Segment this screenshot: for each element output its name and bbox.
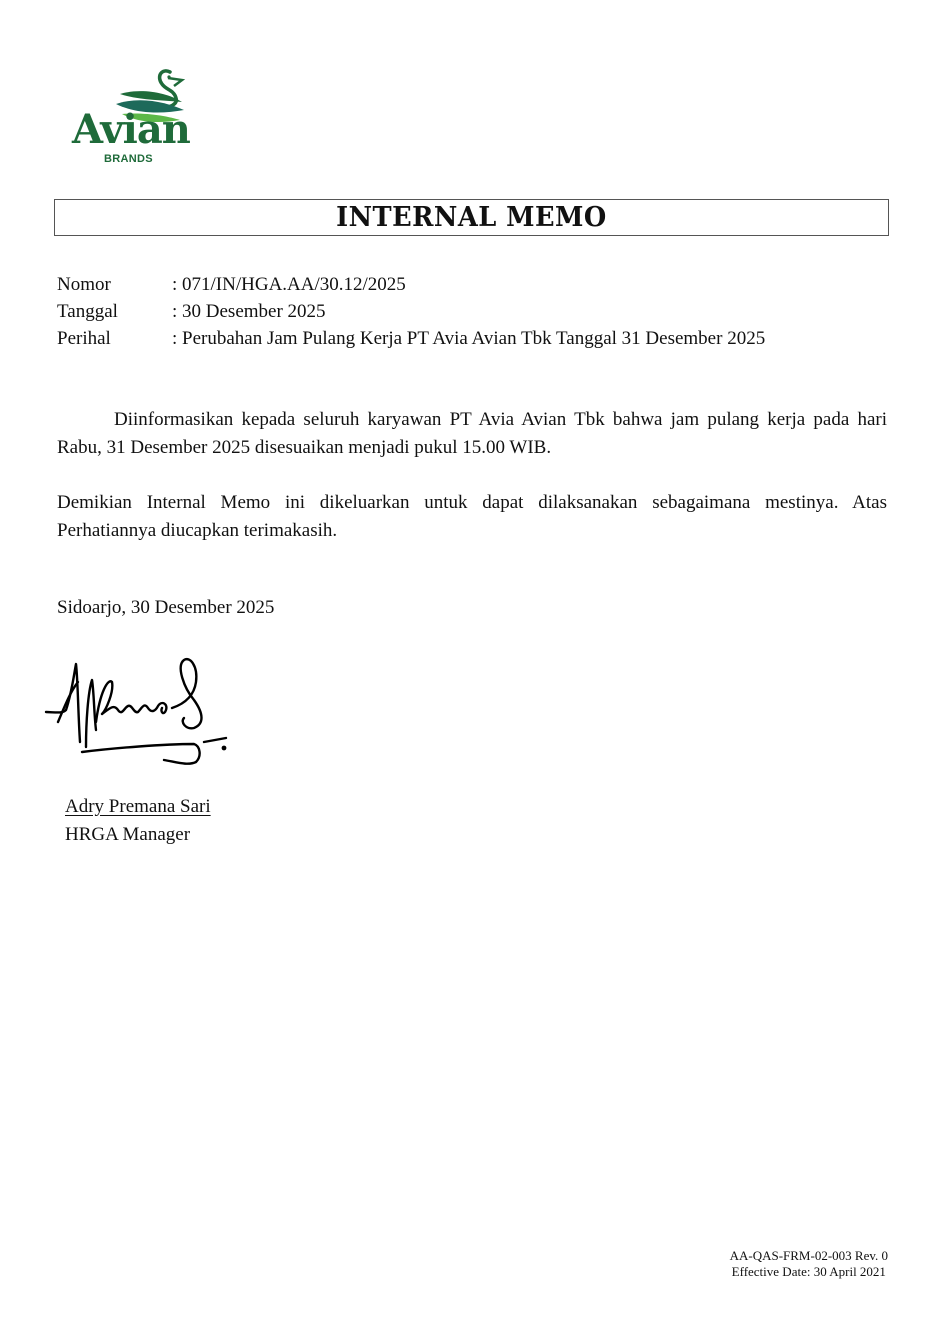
meta-row-tanggal: Tanggal : 30 Desember 2025 — [57, 298, 765, 325]
memo-meta: Nomor : 071/IN/HGA.AA/30.12/2025 Tanggal… — [57, 271, 765, 352]
meta-label: Nomor — [57, 271, 172, 298]
logo-subtitle: BRANDS — [104, 153, 153, 165]
signer-name: Adry Premana Sari — [65, 793, 211, 821]
form-code: AA-QAS-FRM-02-003 Rev. 0 — [730, 1248, 888, 1264]
company-logo: Avian BRANDS — [70, 64, 190, 170]
meta-row-perihal: Perihal : Perubahan Jam Pulang Kerja PT … — [57, 325, 765, 352]
meta-value: : Perubahan Jam Pulang Kerja PT Avia Avi… — [172, 325, 765, 352]
signer-block: Adry Premana Sari HRGA Manager — [65, 793, 211, 849]
page-title: INTERNAL MEMO — [336, 202, 607, 233]
signature — [44, 652, 234, 777]
body-paragraph: Diinformasikan kepada seluruh karyawan P… — [57, 406, 887, 462]
body-paragraph: Demikian Internal Memo ini dikeluarkan u… — [57, 489, 887, 545]
signature-icon — [44, 652, 234, 772]
meta-row-nomor: Nomor : 071/IN/HGA.AA/30.12/2025 — [57, 271, 765, 298]
signer-title: HRGA Manager — [65, 821, 211, 849]
effective-date: Effective Date: 30 April 2021 — [730, 1264, 888, 1280]
logo-wordmark: Avian — [72, 110, 190, 150]
meta-label: Perihal — [57, 325, 172, 352]
meta-label: Tanggal — [57, 298, 172, 325]
meta-value: : 071/IN/HGA.AA/30.12/2025 — [172, 271, 406, 298]
meta-value: : 30 Desember 2025 — [172, 298, 326, 325]
form-footer: AA-QAS-FRM-02-003 Rev. 0 Effective Date:… — [730, 1248, 888, 1280]
place-date: Sidoarjo, 30 Desember 2025 — [57, 597, 274, 619]
memo-title-box: INTERNAL MEMO — [54, 199, 889, 236]
